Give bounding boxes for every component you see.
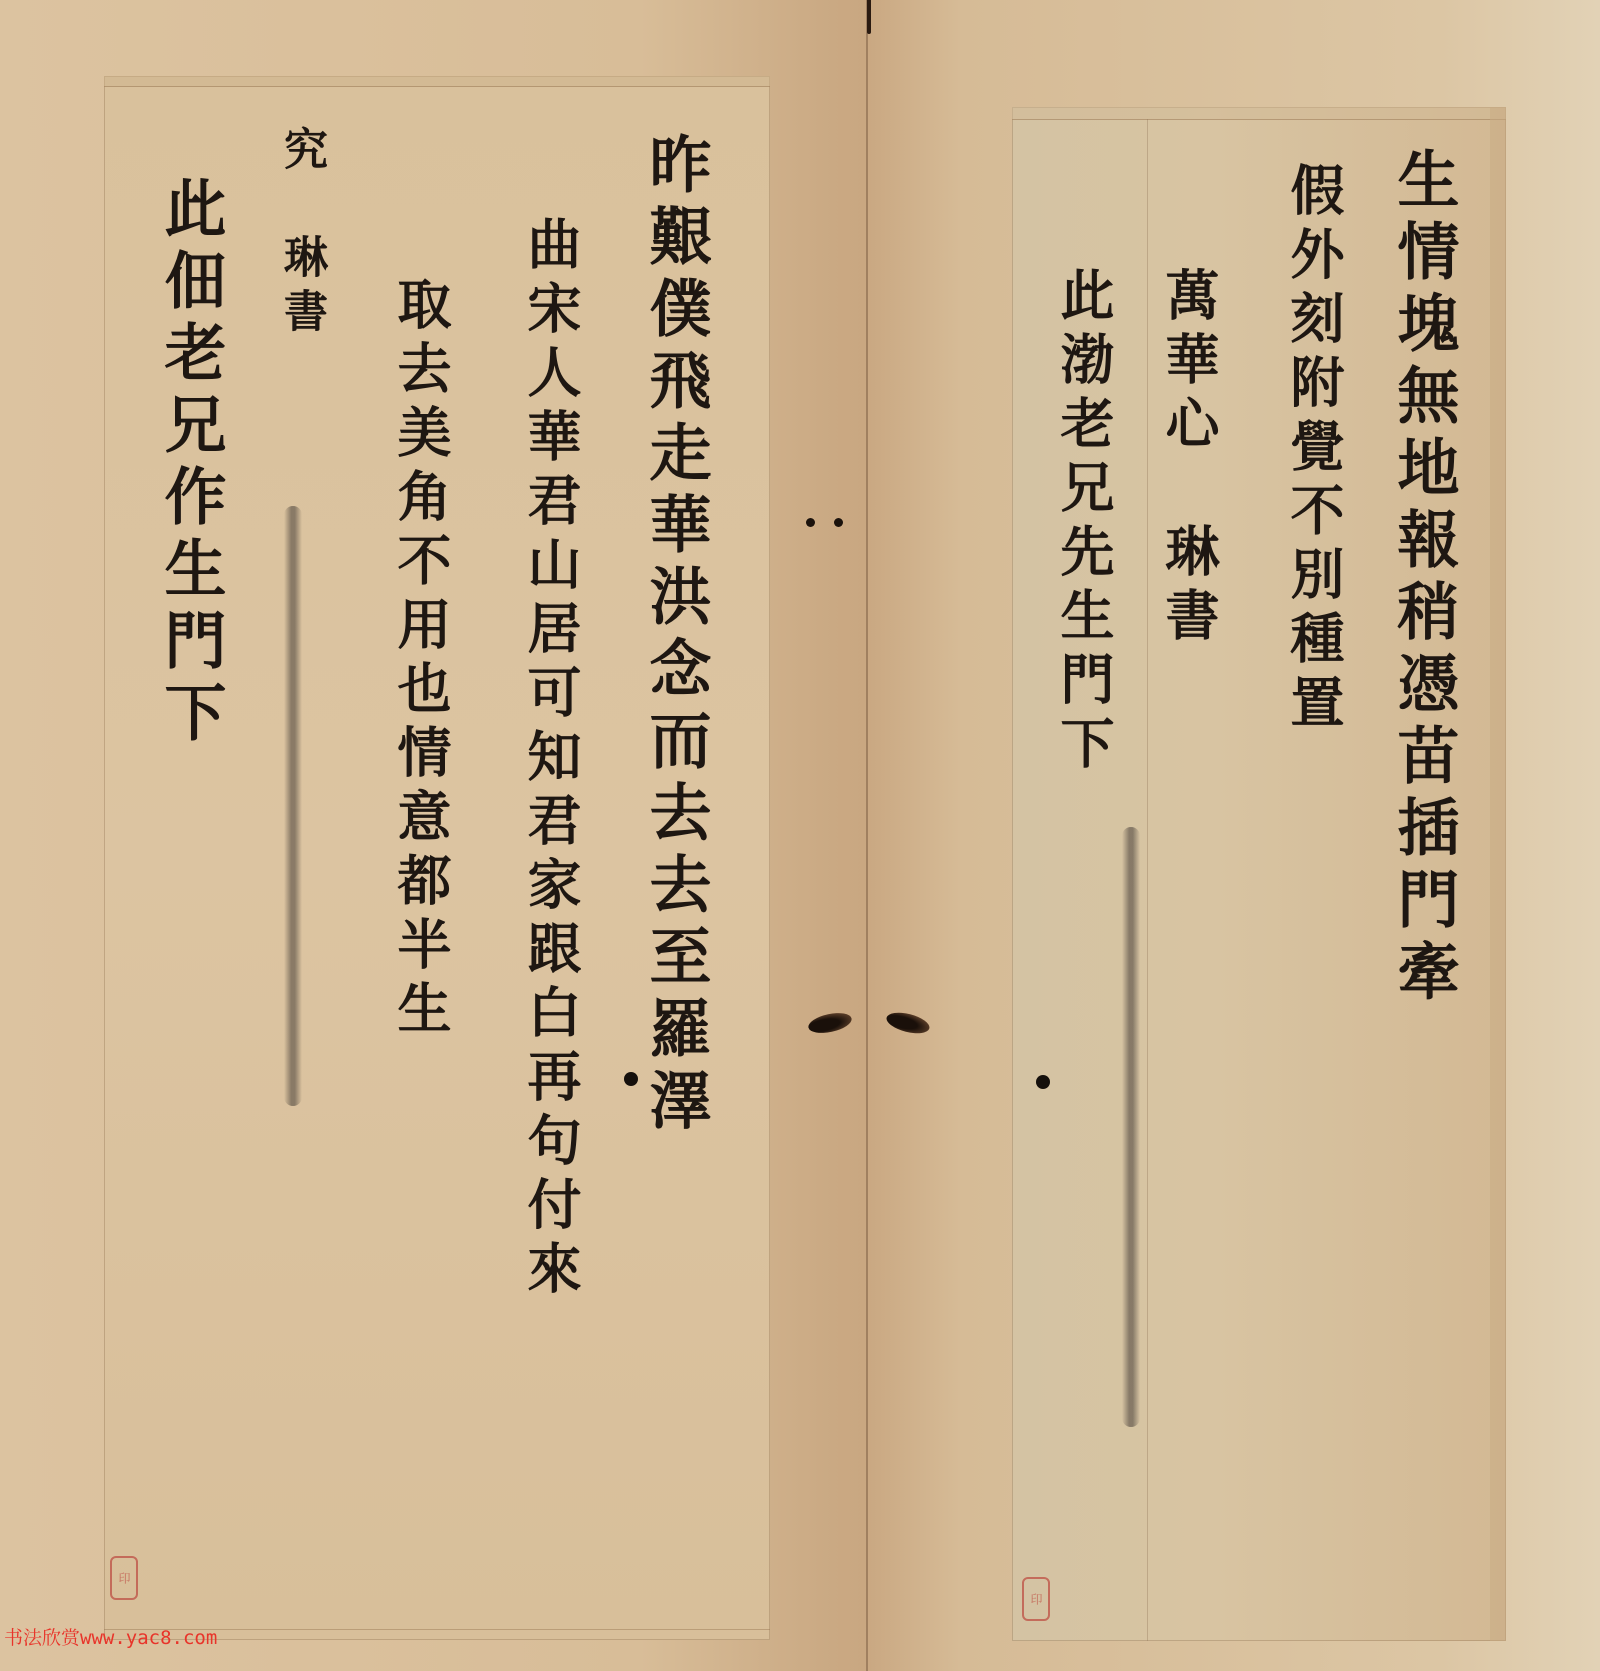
binding-slot: [884, 1009, 931, 1037]
binding-hole: [806, 518, 815, 527]
right-calligraphy-leaf: 生情塊無地報稍憑苗插門牽 假外刻附覺不別種置 萬華心 琳書 此渤老兄先生門下 印: [1012, 107, 1506, 1641]
calligraphy-column-2: 曲宋人華君山居可知君家跟白再句付來: [524, 216, 578, 1636]
calligraphy-column-1: 昨艱僕飛走華洪念而去去至羅澤: [644, 132, 706, 1632]
mount-edge: [1490, 107, 1506, 1641]
binding-hole: [834, 518, 843, 527]
watermark: 书法欣赏www.yac8.com: [4, 1623, 217, 1650]
collector-seal: 印: [1022, 1577, 1050, 1621]
binding-slot: [807, 1010, 854, 1037]
calligraphy-column-1: 生情塊無地報稍憑苗插門牽: [1392, 147, 1454, 1447]
album-spread: 昨艱僕飛走華洪念而去去至羅澤 曲宋人華君山居可知君家跟白再句付來 取去美角不用也…: [0, 0, 1600, 1671]
ink-dot: [1036, 1075, 1050, 1089]
gutter-crack: [867, 0, 871, 34]
album-gutter: [866, 0, 868, 1671]
paper-seam: [1147, 119, 1148, 1641]
left-calligraphy-leaf: 昨艱僕飛走華洪念而去去至羅澤 曲宋人華君山居可知君家跟白再句付來 取去美角不用也…: [104, 76, 770, 1640]
dedication-column: 此佃老兄作生門下: [159, 176, 221, 1076]
dedication-column: 此渤老兄先生門下: [1057, 267, 1111, 1067]
signature-flourish: [1122, 827, 1140, 1427]
calligraphy-column-2: 假外刻附覺不別種置: [1287, 162, 1341, 1212]
mount-border-top: [1012, 107, 1506, 120]
mount-border-top: [104, 76, 770, 87]
calligraphy-column-3: 取去美角不用也情意都半生: [394, 276, 448, 1376]
collector-seal: 印: [110, 1556, 138, 1600]
signature-flourish: [284, 506, 302, 1106]
ink-dot: [624, 1072, 638, 1086]
signature-column: 萬華心 琳書: [1162, 267, 1216, 1147]
